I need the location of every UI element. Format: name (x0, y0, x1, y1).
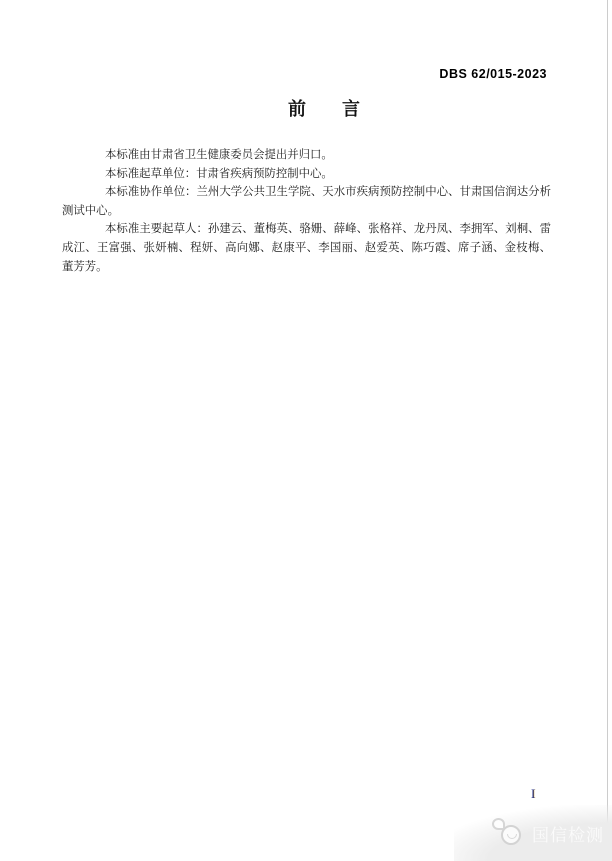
page-number: I (531, 787, 535, 802)
document-page: DBS 62/015-2023 前 言 本标准由甘肃省卫生健康委员会提出并归口。… (0, 0, 612, 861)
standard-number: DBS 62/015-2023 (439, 67, 547, 81)
watermark-brand-text: 国信检测 (532, 821, 604, 846)
page-title: 前 言 (0, 95, 612, 121)
paragraph-drafting-unit: 本标准起草单位：甘肃省疾病预防控制中心。 (62, 165, 551, 184)
paragraph-main-drafters: 本标准主要起草人：孙建云、董梅英、骆姗、薛峰、张格祥、龙丹凤、李拥军、刘桐、雷成… (62, 220, 551, 276)
watermark-panel: 国信检测 (454, 805, 612, 861)
paragraph-cooperating-units: 本标准协作单位：兰州大学公共卫生学院、天水市疾病预防控制中心、甘肃国信润达分析测… (62, 183, 551, 220)
foreword-body: 本标准由甘肃省卫生健康委员会提出并归口。 本标准起草单位：甘肃省疾病预防控制中心… (62, 146, 551, 276)
page-title-text: 前 言 (288, 95, 360, 121)
logo-circle-shape (501, 825, 521, 845)
watermark: 国信检测 (492, 817, 604, 849)
page-edge-line (607, 0, 608, 861)
guoxin-logo-icon (492, 817, 526, 849)
paragraph-issued-by: 本标准由甘肃省卫生健康委员会提出并归口。 (62, 146, 551, 165)
